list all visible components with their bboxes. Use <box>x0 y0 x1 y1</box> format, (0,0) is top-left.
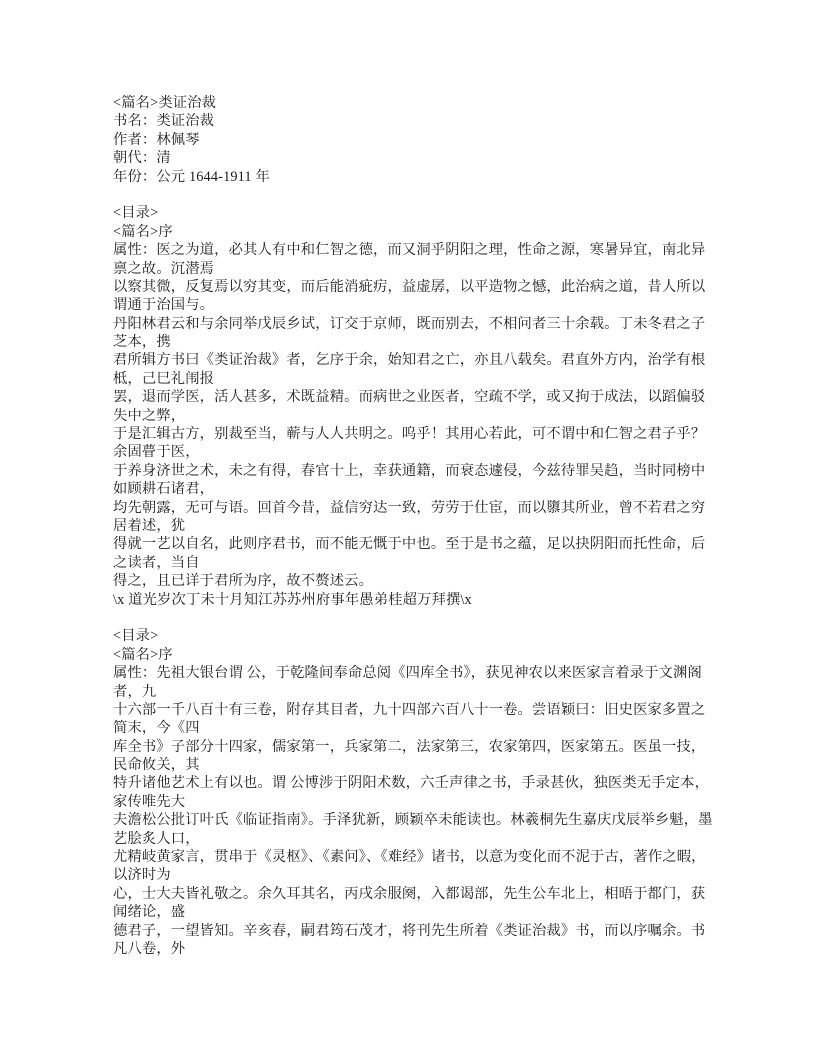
text-line: 属性：医之为道，必其人有中和仁智之德，而又洞乎阴阳之理，性命之源，寒暑异宜，南北… <box>113 241 753 259</box>
text-line: 柢，己巳礼闱报 <box>113 370 753 388</box>
text-line: 尤精岐黄家言，贯串于《灵枢》、《素问》、《难经》诸书，以意为变化而不泥于古，著作… <box>113 848 753 866</box>
text-line: <目录> <box>113 204 753 222</box>
text-line: <篇名>序 <box>113 223 753 241</box>
text-line: 民命攸关，其 <box>113 756 753 774</box>
text-line: 芝本，携 <box>113 333 753 351</box>
text-line: 如顾耕石诸君， <box>113 480 753 498</box>
text-line: 特升诸他艺术上有以也。谓 公博涉于阴阳术数，六壬声律之书，手录甚伙，独医类无手定… <box>113 774 753 792</box>
document-page: <篇名>类证治裁书名：类证治裁作者：林佩琴朝代：清年份：公元 1644-1911… <box>0 0 816 1056</box>
text-line: 于是汇辑古方，别裁至当，蕲与人人共明之。呜乎！其用心若此，可不谓中和仁智之君子乎… <box>113 425 753 443</box>
text-line: <目录> <box>113 627 753 645</box>
text-line: 谓通于治国与。 <box>113 296 753 314</box>
text-line: 书名：类证治裁 <box>113 112 753 130</box>
text-block: <篇名>类证治裁书名：类证治裁作者：林佩琴朝代：清年份：公元 1644-1911… <box>113 94 753 958</box>
text-line: 心，士大夫皆礼敬之。余久耳其名，丙戌余服阕，入都谒部，先生公车北上，相晤于都门，… <box>113 885 753 903</box>
text-line: 均先朝露，无可与语。回首今昔，益信穷达一致，劳劳于仕宦，而以隳其所业，曾不若君之… <box>113 499 753 517</box>
text-line: 属性：先祖大银台谓 公，于乾隆间奉命总阅《四库全书》，获见神农以来医家言着录于文… <box>113 664 753 682</box>
text-line: 朝代：清 <box>113 149 753 167</box>
text-line: 以察其微，反复焉以穷其变，而后能消疵疠，益虚孱，以平造物之憾，此治病之道，昔人所… <box>113 278 753 296</box>
text-line: 以济时为 <box>113 866 753 884</box>
text-line: 得之，且已详于君所为序，故不赘述云。 <box>113 572 753 590</box>
text-line: 丹阳林君云和与余同举戊辰乡试，订交于京师，既而别去，不相问者三十余载。丁未冬君之… <box>113 315 753 333</box>
text-line: 得就一艺以自名，此则序君书，而不能无慨于中也。至于是书之蕴，足以抉阴阳而托性命，… <box>113 535 753 553</box>
text-line: 闻绪论，盛 <box>113 903 753 921</box>
text-line: 者，九 <box>113 683 753 701</box>
text-line: 十六部一千八百十有三卷，附存其目者，九十四部六百八十一卷。尝语颖曰：旧史医家多置… <box>113 701 753 719</box>
text-line: 失中之弊， <box>113 407 753 425</box>
text-line: 德君子，一望皆知。辛亥春，嗣君筠石茂才，将刊先生所着《类证治裁》书，而以序嘱余。… <box>113 922 753 940</box>
text-line: 作者：林佩琴 <box>113 131 753 149</box>
text-line: \x 道光岁次丁未十月知江苏苏州府事年愚弟桂超万拜撰\x <box>113 591 753 609</box>
text-line: 禀之故。沉潜焉 <box>113 260 753 278</box>
text-line: 简末，今《四 <box>113 719 753 737</box>
book-metadata-header: <篇名>类证治裁书名：类证治裁作者：林佩琴朝代：清年份：公元 1644-1911… <box>113 94 753 186</box>
text-line: 余固瞢于医， <box>113 443 753 461</box>
text-line: 罢，退而学医，活人甚多，术既益精。而病世之业医者，空疏不学，或又拘于成法，以蹈偏… <box>113 388 753 406</box>
blank-line <box>113 186 753 204</box>
preface-section-1: <目录><篇名>序属性：医之为道，必其人有中和仁智之德，而又洞乎阴阳之理，性命之… <box>113 204 753 609</box>
text-line: 艺脍炙人口， <box>113 830 753 848</box>
text-line: <篇名>类证治裁 <box>113 94 753 112</box>
text-line: 君所辑方书曰《类证治裁》者，乞序于余，始知君之亡，亦且八载矣。君直外方内，治学有… <box>113 351 753 369</box>
preface-section-2: <目录><篇名>序属性：先祖大银台谓 公，于乾隆间奉命总阅《四库全书》，获见神农… <box>113 627 753 958</box>
text-line: 家传唯先大 <box>113 793 753 811</box>
text-line: 夫澹松公批订叶氏《临证指南》。手泽犹新，顾颖卒未能读也。林羲桐先生嘉庆戊辰举乡魁… <box>113 811 753 829</box>
text-line: 之读者，当自 <box>113 554 753 572</box>
text-line: 库全书》子部分十四家，儒家第一，兵家第二，法家第三，农家第四，医家第五。医虽一技… <box>113 738 753 756</box>
blank-line <box>113 609 753 627</box>
text-line: 居着述，犹 <box>113 517 753 535</box>
text-line: 年份：公元 1644-1911 年 <box>113 168 753 186</box>
text-line: <篇名>序 <box>113 646 753 664</box>
text-line: 凡八卷，外 <box>113 940 753 958</box>
text-line: 于养身济世之术，未之有得，春官十上，幸获通籍，而衰态遽侵，今兹待罪吴趋，当时同榜… <box>113 462 753 480</box>
